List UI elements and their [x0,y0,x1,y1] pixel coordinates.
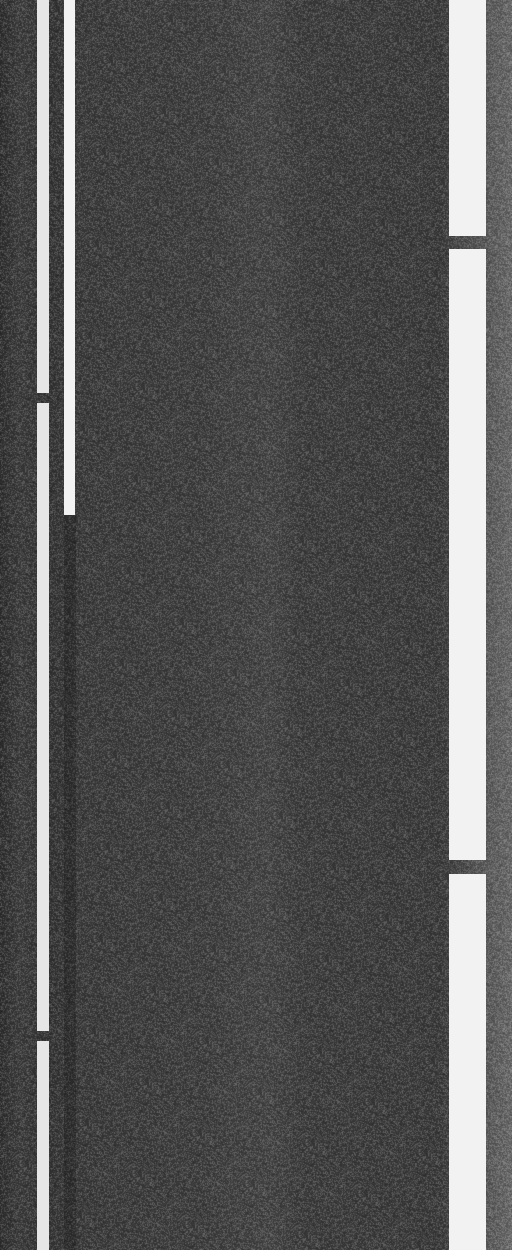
right-lane-dash [449,0,486,236]
left-edge-line-segment [37,403,49,1031]
left-edge-line-segment [37,1041,49,1250]
inner-left-line [64,0,75,515]
road-seam [64,515,76,1250]
road-aerial-view [0,0,512,1250]
asphalt-texture [0,0,512,1250]
right-lane-dash [449,874,486,1250]
right-lane-dash [449,249,486,860]
left-edge-line-segment [37,0,49,393]
